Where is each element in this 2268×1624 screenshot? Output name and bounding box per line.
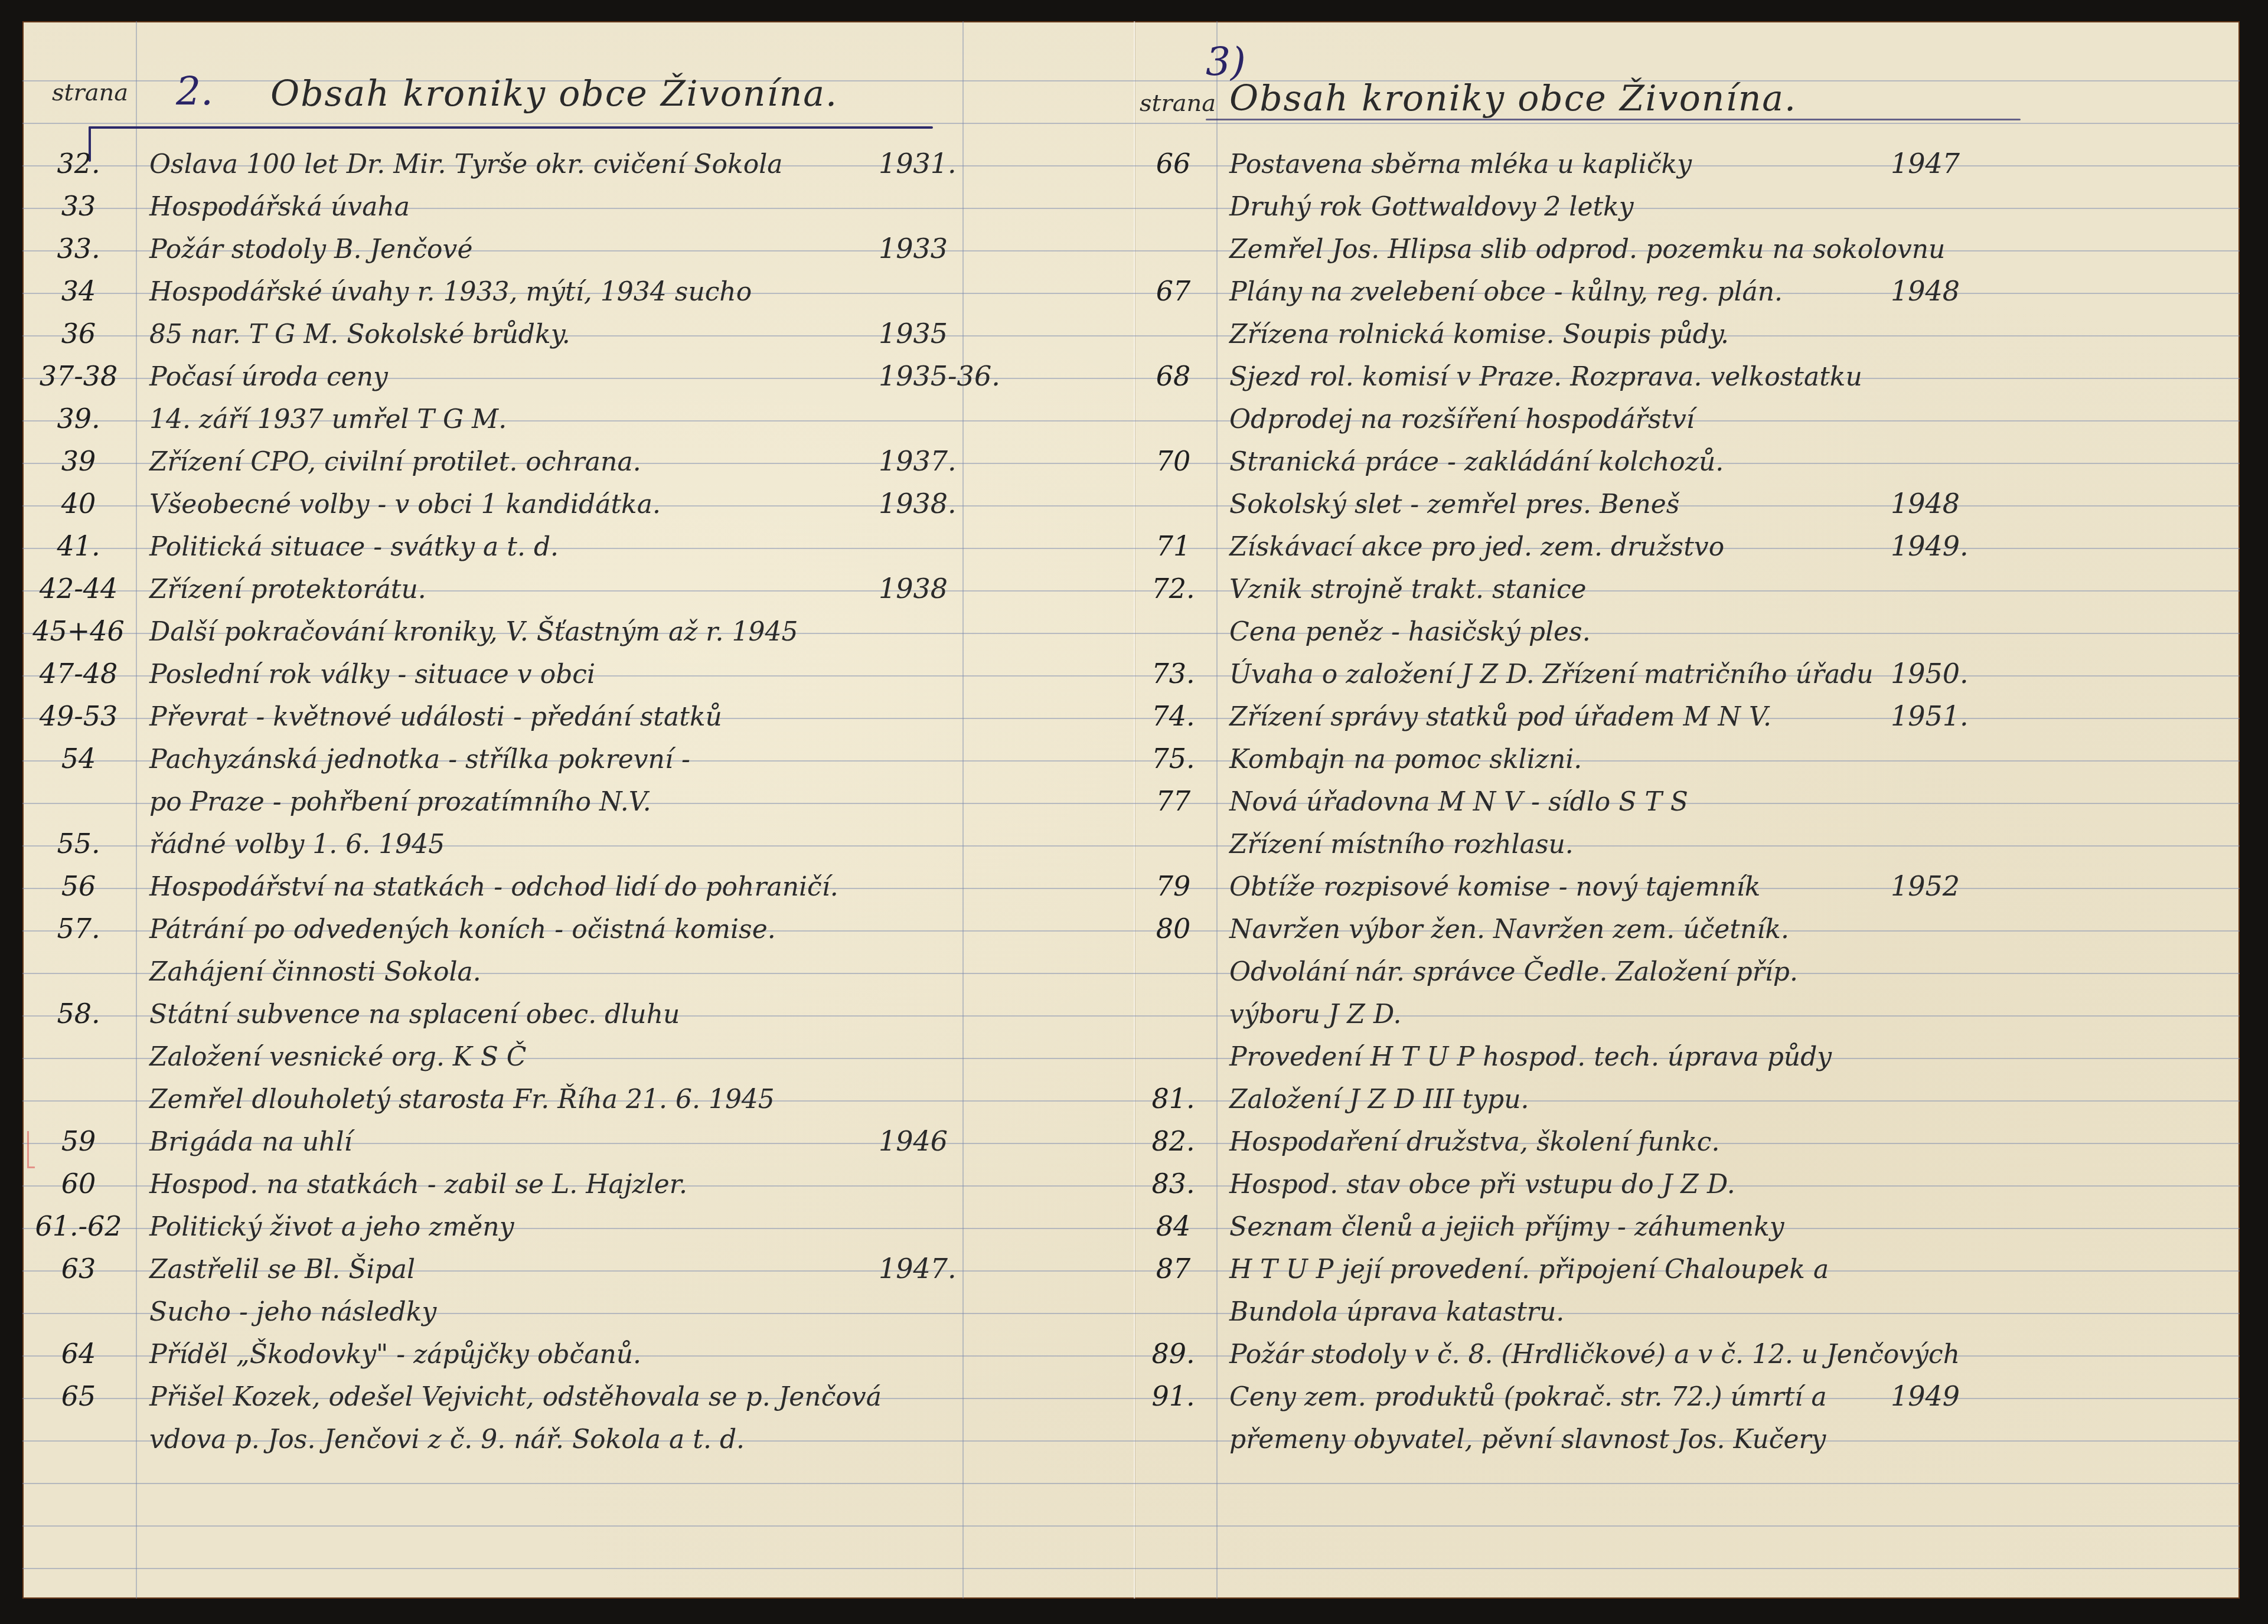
page-ref: 74. — [1117, 700, 1229, 732]
right-page: 3) strana Obsah kroniky obce Živonína. 6… — [1135, 21, 2240, 1599]
entry-text: vdova p. Jos. Jenčovi z č. 9. nář. Sokol… — [149, 1424, 745, 1455]
page-ref: 67 — [1117, 275, 1229, 307]
entry-text: Hospod. na statkách - zabil se L. Hajzle… — [149, 1169, 687, 1200]
table-row: 55.řádné volby 1. 6. 1945 — [22, 819, 1134, 862]
page-ref: 32. — [22, 148, 135, 179]
entry-text: Hospodářská úvaha — [149, 192, 410, 222]
table-row: přemeny obyvatel, pěvní slavnost Jos. Ku… — [1135, 1414, 2240, 1457]
entry-text: Cena peněz - hasičský ples. — [1229, 617, 1591, 647]
entry-text: Zřízení místního rozhlasu. — [1229, 829, 1574, 860]
page-ref: 60 — [22, 1168, 135, 1200]
entry-text: Zřízení správy statků pod úřadem M N V. — [1229, 702, 1771, 732]
table-row: 58.Státní subvence na splacení obec. dlu… — [22, 989, 1134, 1032]
entry-text: Založení J Z D III typu. — [1229, 1084, 1529, 1115]
entry-year: 1948 — [1891, 275, 1960, 307]
page-ref: 47-48 — [22, 658, 135, 690]
page-ref: 77 — [1117, 785, 1229, 817]
page-ref: 42-44 — [22, 573, 135, 604]
table-row: Odprodej na rozšíření hospodářství — [1135, 394, 2240, 437]
entry-text: Ceny zem. produktů (pokrač. str. 72.) úm… — [1229, 1382, 1827, 1412]
entry-text: Zahájení činnosti Sokola. — [149, 957, 481, 987]
entry-year: 1951. — [1891, 700, 1969, 732]
page-ref: 58. — [22, 998, 135, 1030]
entry-text: Navržen výbor žen. Navržen zem. účetník. — [1229, 914, 1789, 945]
left-page-header: strana 2. Obsah kroniky obce Živonína. — [22, 68, 1134, 116]
entry-text: Vznik strojně trakt. stanice — [1229, 574, 1587, 604]
entry-text: Sucho - jeho následky — [149, 1297, 436, 1327]
table-row: Založení vesnické org. K S Č — [22, 1032, 1134, 1074]
table-row: 91.Ceny zem. produktů (pokrač. str. 72.)… — [1135, 1372, 2240, 1414]
table-row: 59Brigáda na uhlí1946 — [22, 1117, 1134, 1159]
entry-text: H T U P její provedení. připojení Chalou… — [1229, 1254, 1829, 1285]
table-row: 33.Požár stodoly B. Jenčové1933 — [22, 224, 1134, 267]
entry-text: 85 nar. T G M. Sokolské brůdky. — [149, 319, 570, 349]
entry-year: 1947 — [1891, 148, 1960, 179]
right-page-header: 3) strana Obsah kroniky obce Živonína. — [1135, 39, 2240, 122]
page-ref: 80 — [1117, 913, 1229, 945]
entry-text: Sjezd rol. komisí v Praze. Rozprava. vel… — [1229, 362, 1862, 392]
entry-text: 14. září 1937 umřel T G M. — [149, 404, 507, 434]
entry-text: Nová úřadovna M N V - sídlo S T S — [1229, 787, 1688, 817]
table-row: 77Nová úřadovna M N V - sídlo S T S — [1135, 777, 2240, 819]
document-sheet: strana 2. Obsah kroniky obce Živonína. 3… — [22, 21, 2240, 1599]
entry-text: Politická situace - svátky a t. d. — [149, 532, 559, 562]
entry-year: 1947. — [879, 1253, 957, 1285]
table-row: Zemřel dlouholetý starosta Fr. Říha 21. … — [22, 1074, 1134, 1117]
page-ref: 57. — [22, 913, 135, 945]
table-row: výboru J Z D. — [1135, 989, 2240, 1032]
entry-text: Hospodářské úvahy r. 1933, mýtí, 1934 su… — [149, 277, 752, 307]
table-row: Druhý rok Gottwaldovy 2 letky — [1135, 182, 2240, 224]
table-row: Zřízena rolnická komise. Soupis půdy. — [1135, 309, 2240, 352]
table-row: 54Pachyzánská jednotka - střílka pokrevn… — [22, 734, 1134, 777]
page-ref: 39. — [22, 403, 135, 434]
table-row: 32.Oslava 100 let Dr. Mir. Tyrše okr. cv… — [22, 139, 1134, 182]
left-page: strana 2. Obsah kroniky obce Živonína. 3… — [22, 21, 1134, 1599]
entry-year: 1948 — [1891, 488, 1960, 519]
entry-text: Zastřelil se Bl. Šipal — [149, 1254, 415, 1285]
table-row: 41.Politická situace - svátky a t. d. — [22, 522, 1134, 564]
page-ref: 37-38 — [22, 360, 135, 392]
page-ref: 82. — [1117, 1125, 1229, 1157]
page-title: Obsah kroniky obce Živonína. — [270, 73, 838, 115]
table-row: 33Hospodářská úvaha — [22, 182, 1134, 224]
entry-text: Oslava 100 let Dr. Mir. Tyrše okr. cviče… — [149, 149, 782, 179]
page-ref: 66 — [1117, 148, 1229, 179]
page-ref: 45+46 — [22, 615, 135, 647]
table-row: 63Zastřelil se Bl. Šipal1947. — [22, 1244, 1134, 1287]
page-ref: 65 — [22, 1380, 135, 1412]
entry-text: Zemřel dlouholetý starosta Fr. Říha 21. … — [149, 1084, 775, 1115]
entry-text: Zemřel Jos. Hlipsa slib odprod. pozemku … — [1229, 234, 1945, 264]
header-underline — [89, 126, 933, 129]
page-column-label: strana — [52, 79, 128, 106]
entry-text: Počasí úroda ceny — [149, 362, 388, 392]
page-ref: 83. — [1117, 1168, 1229, 1200]
table-row: 89.Požár stodoly v č. 8. (Hrdličkové) a … — [1135, 1329, 2240, 1372]
table-row: 68Sjezd rol. komisí v Praze. Rozprava. v… — [1135, 352, 2240, 394]
entry-year: 1938 — [879, 573, 948, 604]
table-row: 42-44Zřízení protektorátu.1938 — [22, 564, 1134, 607]
page-ref: 36 — [22, 318, 135, 349]
entry-text: Další pokračování kroniky, V. Šťastným a… — [149, 617, 798, 647]
table-row: 80Navržen výbor žen. Navržen zem. účetní… — [1135, 904, 2240, 947]
table-row: 39Zřízení CPO, civilní protilet. ochrana… — [22, 437, 1134, 479]
page-ref: 89. — [1117, 1338, 1229, 1370]
page-ref: 54 — [22, 743, 135, 775]
entry-text: Poslední rok války - situace v obci — [149, 659, 595, 690]
table-row: 45+46Další pokračování kroniky, V. Šťast… — [22, 607, 1134, 649]
table-row: 64Příděl „Škodovky" - zápůjčky občanů. — [22, 1329, 1134, 1372]
entry-year: 1938. — [879, 488, 957, 519]
entry-text: Převrat - květnové události - předání st… — [149, 702, 722, 732]
entry-year: 1949. — [1891, 530, 1969, 562]
page-ref: 33 — [22, 190, 135, 222]
table-row: Zemřel Jos. Hlipsa slib odprod. pozemku … — [1135, 224, 2240, 267]
table-row: Bundola úprava katastru. — [1135, 1287, 2240, 1329]
entry-text: Požár stodoly v č. 8. (Hrdličkové) a v č… — [1229, 1339, 1960, 1370]
table-row: Cena peněz - hasičský ples. — [1135, 607, 2240, 649]
entry-text: Seznam členů a jejich příjmy - záhumenky — [1229, 1212, 1784, 1242]
entry-text: Bundola úprava katastru. — [1229, 1297, 1564, 1327]
entry-text: Odvolání nár. správce Čedle. Založení př… — [1229, 957, 1798, 987]
entry-text: Státní subvence na splacení obec. dluhu — [149, 999, 680, 1030]
page-ref: 39 — [22, 445, 135, 477]
page-ref: 49-53 — [22, 700, 135, 732]
entry-year: 1946 — [879, 1125, 948, 1157]
table-row: 40Všeobecné volby - v obci 1 kandidátka.… — [22, 479, 1134, 522]
table-row: 60Hospod. na statkách - zabil se L. Hajz… — [22, 1159, 1134, 1202]
table-row: Zahájení činnosti Sokola. — [22, 947, 1134, 989]
page-ref: 81. — [1117, 1083, 1229, 1115]
page-ref: 41. — [22, 530, 135, 562]
entry-text: Sokolský slet - zemřel pres. Beneš — [1229, 489, 1679, 519]
table-row: 87H T U P její provedení. připojení Chal… — [1135, 1244, 2240, 1287]
entry-text: Provedení H T U P hospod. tech. úprava p… — [1229, 1042, 1832, 1072]
entry-text: Zřízena rolnická komise. Soupis půdy. — [1229, 319, 1729, 349]
page-ref: 68 — [1117, 360, 1229, 392]
entry-text: Zřízení CPO, civilní protilet. ochrana. — [149, 447, 641, 477]
entry-text: Plány na zvelebení obce - kůlny, reg. pl… — [1229, 277, 1783, 307]
page-ref: 91. — [1117, 1380, 1229, 1412]
page-ref: 84 — [1117, 1210, 1229, 1242]
entry-text: výboru J Z D. — [1229, 999, 1402, 1030]
table-row: 57.Pátrání po odvedených koních - očistn… — [22, 904, 1134, 947]
page-column-label: strana — [1140, 90, 1216, 117]
page-ref: 71 — [1117, 530, 1229, 562]
entry-text: Příděl „Škodovky" - zápůjčky občanů. — [149, 1339, 641, 1370]
page-ref: 72. — [1117, 573, 1229, 604]
table-row: 82.Hospodaření družstva, školení funkc. — [1135, 1117, 2240, 1159]
table-row: 61.-62Politický život a jeho změny — [22, 1202, 1134, 1244]
table-row: 84Seznam členů a jejich příjmy - záhumen… — [1135, 1202, 2240, 1244]
entry-year: 1935-36. — [879, 360, 1000, 392]
table-row: Odvolání nár. správce Čedle. Založení př… — [1135, 947, 2240, 989]
page-title: Obsah kroniky obce Živonína. — [1229, 78, 1797, 119]
page-ref: 79 — [1117, 870, 1229, 902]
entry-text: Získávací akce pro jed. zem. družstvo — [1229, 532, 1724, 562]
entry-text: Pátrání po odvedených koních - očistná k… — [149, 914, 776, 945]
header-underline — [1206, 119, 2021, 120]
entry-text: po Praze - pohřbení prozatímního N.V. — [149, 787, 651, 817]
table-row: 56Hospodářství na statkách - odchod lidí… — [22, 862, 1134, 904]
entry-text: přemeny obyvatel, pěvní slavnost Jos. Ku… — [1229, 1424, 1826, 1455]
table-row: 49-53Převrat - květnové události - předá… — [22, 692, 1134, 734]
entry-text: Založení vesnické org. K S Č — [149, 1042, 527, 1072]
table-row: 75.Kombajn na pomoc sklizni. — [1135, 734, 2240, 777]
page-ref: 63 — [22, 1253, 135, 1285]
table-row: 37-38Počasí úroda ceny1935-36. — [22, 352, 1134, 394]
table-row: Sokolský slet - zemřel pres. Beneš1948 — [1135, 479, 2240, 522]
table-row: vdova p. Jos. Jenčovi z č. 9. nář. Sokol… — [22, 1414, 1134, 1457]
page-ref: 75. — [1117, 743, 1229, 775]
entry-text: Pachyzánská jednotka - střílka pokrevní … — [149, 744, 690, 775]
entry-text: Přišel Kozek, odešel Vejvicht, odstěhova… — [149, 1382, 882, 1412]
entry-text: řádné volby 1. 6. 1945 — [149, 829, 445, 860]
entry-text: Úvaha o založení J Z D. Zřízení matriční… — [1229, 659, 1874, 690]
page-ref: 73. — [1117, 658, 1229, 690]
page-ref: 59 — [22, 1125, 135, 1157]
entry-text: Požár stodoly B. Jenčové — [149, 234, 472, 264]
entry-year: 1952 — [1891, 870, 1960, 902]
entry-text: Druhý rok Gottwaldovy 2 letky — [1229, 192, 1634, 222]
table-row: 3685 nar. T G M. Sokolské brůdky.1935 — [22, 309, 1134, 352]
table-row: 65Přišel Kozek, odešel Vejvicht, odstěho… — [22, 1372, 1134, 1414]
entry-text: Postavena sběrna mléka u kapličky — [1229, 149, 1692, 179]
page-ref: 33. — [22, 233, 135, 264]
entry-text: Odprodej na rozšíření hospodářství — [1229, 404, 1695, 434]
entry-text: Všeobecné volby - v obci 1 kandidátka. — [149, 489, 661, 519]
page-ref: 40 — [22, 488, 135, 519]
page-ref: 61.-62 — [22, 1210, 135, 1242]
entry-text: Politický život a jeho změny — [149, 1212, 514, 1242]
entry-text: Obtíže rozpisové komise - nový tajemník — [1229, 872, 1760, 902]
entry-text: Kombajn na pomoc sklizni. — [1229, 744, 1582, 775]
entry-text: Zřízení protektorátu. — [149, 574, 426, 604]
entry-text: Hospod. stav obce při vstupu do J Z D. — [1229, 1169, 1735, 1200]
table-row: 71Získávací akce pro jed. zem. družstvo1… — [1135, 522, 2240, 564]
table-row: 72.Vznik strojně trakt. stanice — [1135, 564, 2240, 607]
table-row: 73.Úvaha o založení J Z D. Zřízení matri… — [1135, 649, 2240, 692]
table-row: 79Obtíže rozpisové komise - nový tajemní… — [1135, 862, 2240, 904]
page-ref: 34 — [22, 275, 135, 307]
table-row: Sucho - jeho následky — [22, 1287, 1134, 1329]
page-ref: 64 — [22, 1338, 135, 1370]
entry-text: Stranická práce - zakládání kolchozů. — [1229, 447, 1724, 477]
entry-year: 1931. — [879, 148, 957, 179]
entry-text: Hospodaření družstva, školení funkc. — [1229, 1127, 1720, 1157]
entry-text: Hospodářství na statkách - odchod lidí d… — [149, 872, 838, 902]
page-ref: 55. — [22, 828, 135, 860]
table-row: 70Stranická práce - zakládání kolchozů. — [1135, 437, 2240, 479]
table-row: 83.Hospod. stav obce při vstupu do J Z D… — [1135, 1159, 2240, 1202]
table-row: po Praze - pohřbení prozatímního N.V. — [22, 777, 1134, 819]
table-row: 81.Založení J Z D III typu. — [1135, 1074, 2240, 1117]
table-row: 66Postavena sběrna mléka u kapličky1947 — [1135, 139, 2240, 182]
table-row: 67Plány na zvelebení obce - kůlny, reg. … — [1135, 267, 2240, 309]
table-row: 47-48Poslední rok války - situace v obci — [22, 649, 1134, 692]
entry-year: 1935 — [879, 318, 948, 349]
entry-year: 1950. — [1891, 658, 1969, 690]
page-ref: 87 — [1117, 1253, 1229, 1285]
entry-year: 1937. — [879, 445, 957, 477]
entry-text: Brigáda na uhlí — [149, 1127, 353, 1157]
entry-year: 1933 — [879, 233, 948, 264]
entry-year: 1949 — [1891, 1380, 1960, 1412]
table-row: Provedení H T U P hospod. tech. úprava p… — [1135, 1032, 2240, 1074]
page-ref: 56 — [22, 870, 135, 902]
table-row: 39.14. září 1937 umřel T G M. — [22, 394, 1134, 437]
table-row: 74.Zřízení správy statků pod úřadem M N … — [1135, 692, 2240, 734]
page-number: 2. — [176, 68, 213, 114]
table-row: Zřízení místního rozhlasu. — [1135, 819, 2240, 862]
page-ref: 70 — [1117, 445, 1229, 477]
table-row: 34Hospodářské úvahy r. 1933, mýtí, 1934 … — [22, 267, 1134, 309]
